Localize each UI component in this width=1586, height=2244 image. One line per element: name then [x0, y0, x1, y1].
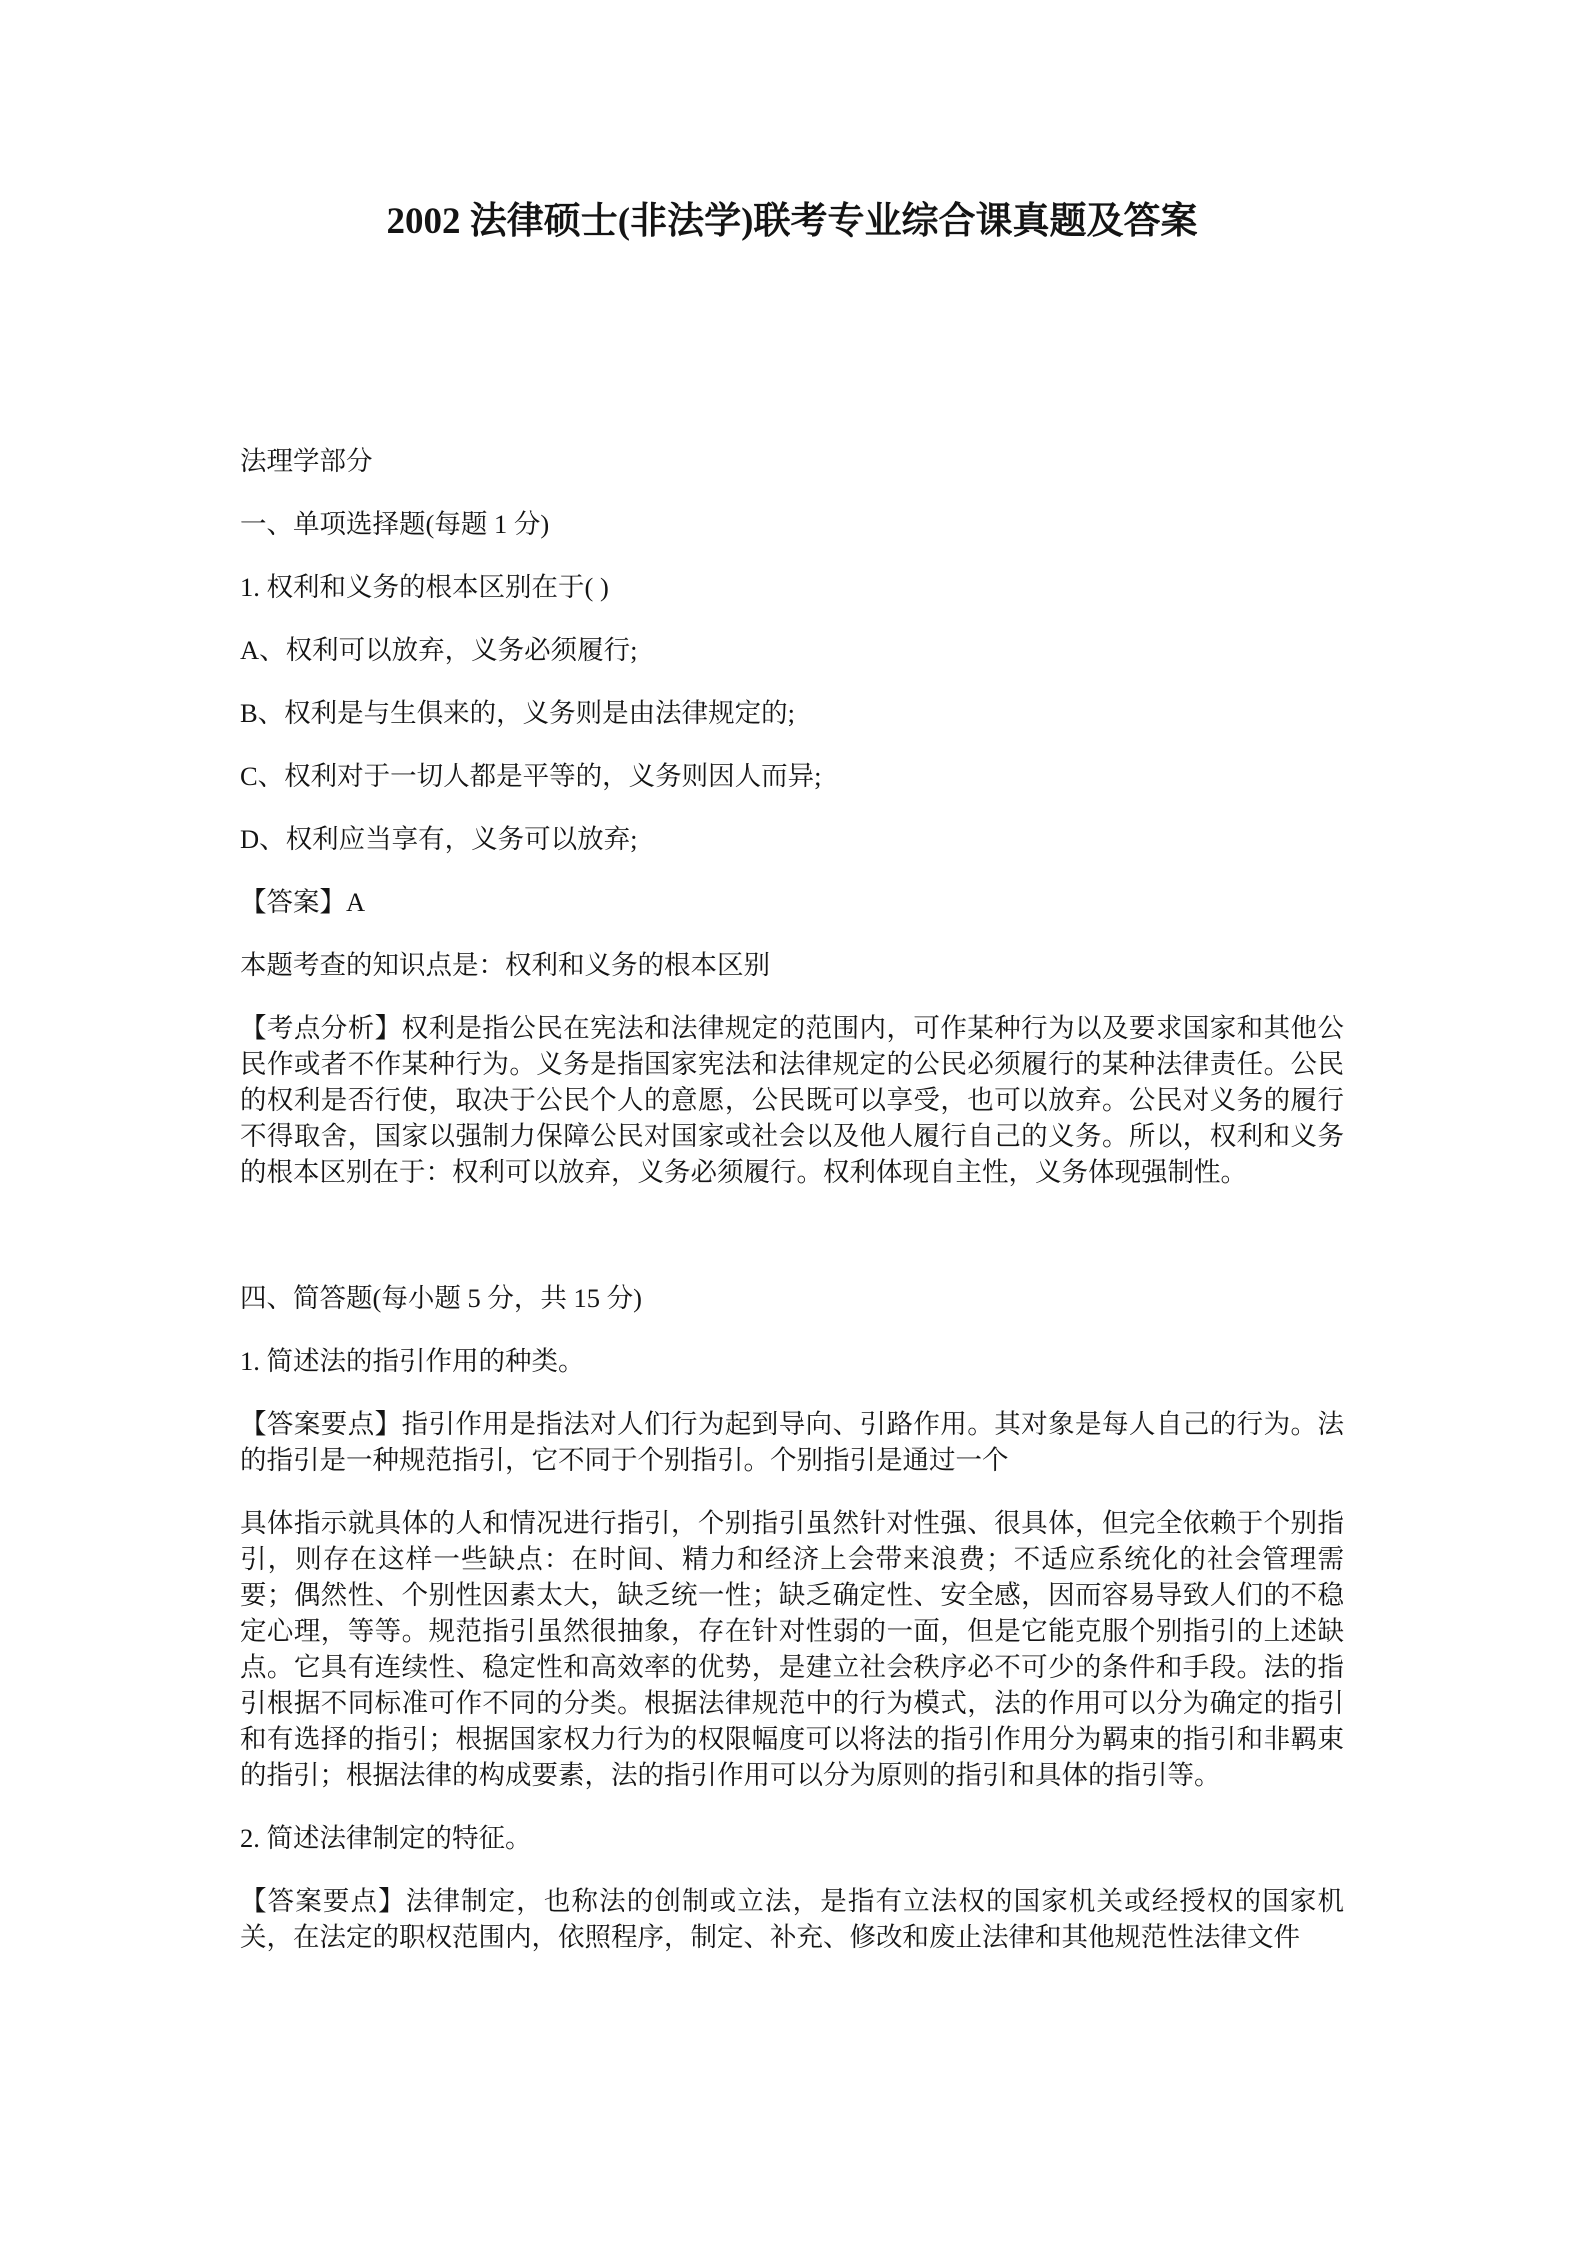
- short-answer-question-1-answer-points-continued: 具体指示就具体的人和情况进行指引，个别指引虽然针对性强、很具体，但完全依赖于个别…: [240, 1505, 1344, 1793]
- mcq-section-heading: 一、单项选择题(每题 1 分): [240, 506, 1344, 542]
- mcq-question-1-option-d: D、权利应当享有，义务可以放弃;: [240, 821, 1344, 857]
- mcq-question-1-analysis: 【考点分析】权利是指公民在宪法和法律规定的范围内，可作某种行为以及要求国家和其他…: [240, 1010, 1344, 1190]
- short-answer-question-2-stem: 2. 简述法律制定的特征。: [240, 1820, 1344, 1856]
- short-answer-question-1-answer-points: 【答案要点】指引作用是指法对人们行为起到导向、引路作用。其对象是每人自己的行为。…: [240, 1406, 1344, 1478]
- section-label-jurisprudence: 法理学部分: [240, 443, 1344, 479]
- mcq-question-1-option-a: A、权利可以放弃，义务必须履行;: [240, 632, 1344, 668]
- short-answer-question-1-stem: 1. 简述法的指引作用的种类。: [240, 1343, 1344, 1379]
- document-title: 2002 法律硕士(非法学)联考专业综合课真题及答案: [240, 199, 1344, 245]
- mcq-question-1-answer: 【答案】A: [240, 884, 1344, 920]
- mcq-question-1-stem: 1. 权利和义务的根本区别在于( ): [240, 569, 1344, 605]
- document-content: 2002 法律硕士(非法学)联考专业综合课真题及答案 法理学部分 一、单项选择题…: [240, 0, 1344, 1955]
- mcq-question-1-option-b: B、权利是与生俱来的，义务则是由法律规定的;: [240, 695, 1344, 731]
- short-answer-question-2-answer-points: 【答案要点】法律制定，也称法的创制或立法，是指有立法权的国家机关或经授权的国家机…: [240, 1883, 1344, 1955]
- short-answer-section-heading: 四、简答题(每小题 5 分，共 15 分): [240, 1280, 1344, 1316]
- mcq-question-1-knowledge-point: 本题考查的知识点是：权利和义务的根本区别: [240, 947, 1344, 983]
- document-page: 2002 法律硕士(非法学)联考专业综合课真题及答案 法理学部分 一、单项选择题…: [0, 0, 1586, 2244]
- mcq-question-1-option-c: C、权利对于一切人都是平等的，义务则因人而异;: [240, 758, 1344, 794]
